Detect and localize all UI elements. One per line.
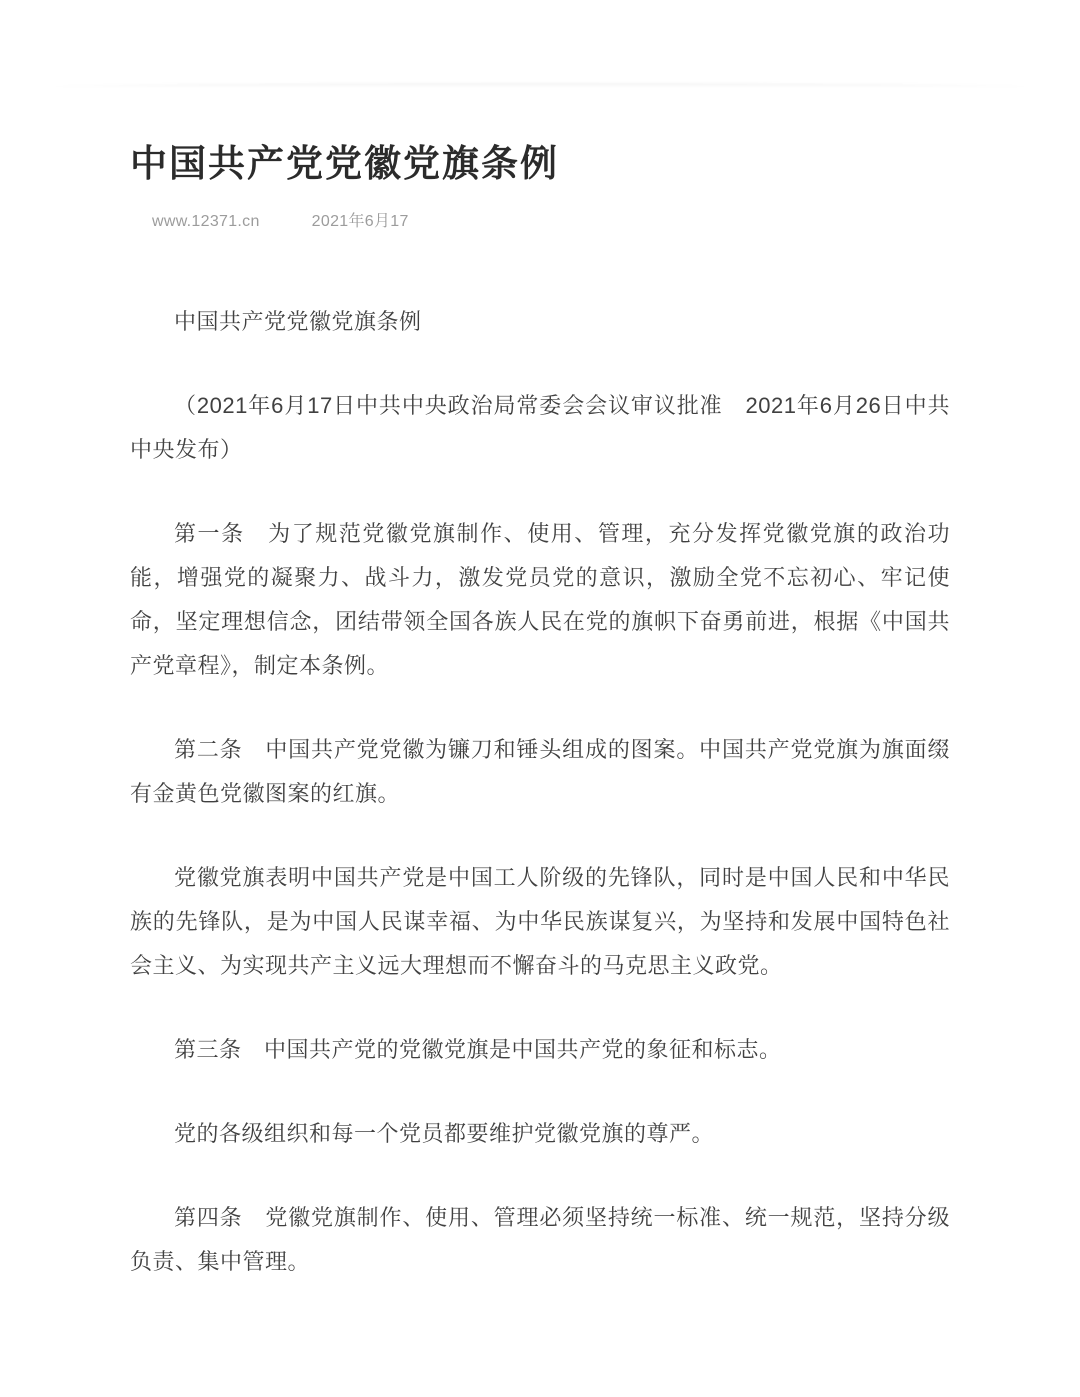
publish-date: 2021年6月17 bbox=[312, 211, 409, 233]
page-title: 中国共产党党徽党旗条例 bbox=[130, 142, 950, 186]
article-paragraph-clause-2: 第二条 中国共产党党徽为镰刀和锤头组成的图案。中国共产党党旗为旗面缀有金黄色党徽… bbox=[130, 728, 950, 816]
article-paragraph-clause-1: 第一条 为了规范党徽党旗制作、使用、管理，充分发挥党徽党旗的政治功能，增强党的凝… bbox=[130, 512, 950, 688]
article-page: 中国共产党党徽党旗条例 www.12371.cn 2021年6月17 中国共产党… bbox=[0, 0, 1080, 1397]
article-meta: www.12371.cn 2021年6月17 bbox=[130, 211, 950, 233]
article-paragraph-clause-3: 第三条 中国共产党的党徽党旗是中国共产党的象征和标志。 bbox=[130, 1028, 950, 1072]
article-paragraph-heading: 中国共产党党徽党旗条例 bbox=[130, 300, 950, 344]
article-paragraph-approval-note: （2021年6月17日中共中央政治局常委会会议审议批准 2021年6月26日中共… bbox=[130, 384, 950, 472]
article-content: 中国共产党党徽党旗条例 www.12371.cn 2021年6月17 中国共产党… bbox=[130, 0, 950, 1384]
article-paragraph-clause-3-continued: 党的各级组织和每一个党员都要维护党徽党旗的尊严。 bbox=[130, 1112, 950, 1156]
article-body: 中国共产党党徽党旗条例 （2021年6月17日中共中央政治局常委会会议审议批准 … bbox=[130, 300, 950, 1384]
source-site: www.12371.cn bbox=[152, 211, 260, 233]
article-paragraph-clause-4: 第四条 党徽党旗制作、使用、管理必须坚持统一标准、统一规范，坚持分级负责、集中管… bbox=[130, 1196, 950, 1284]
article-paragraph-clause-2-continued: 党徽党旗表明中国共产党是中国工人阶级的先锋队，同时是中国人民和中华民族的先锋队，… bbox=[130, 856, 950, 988]
